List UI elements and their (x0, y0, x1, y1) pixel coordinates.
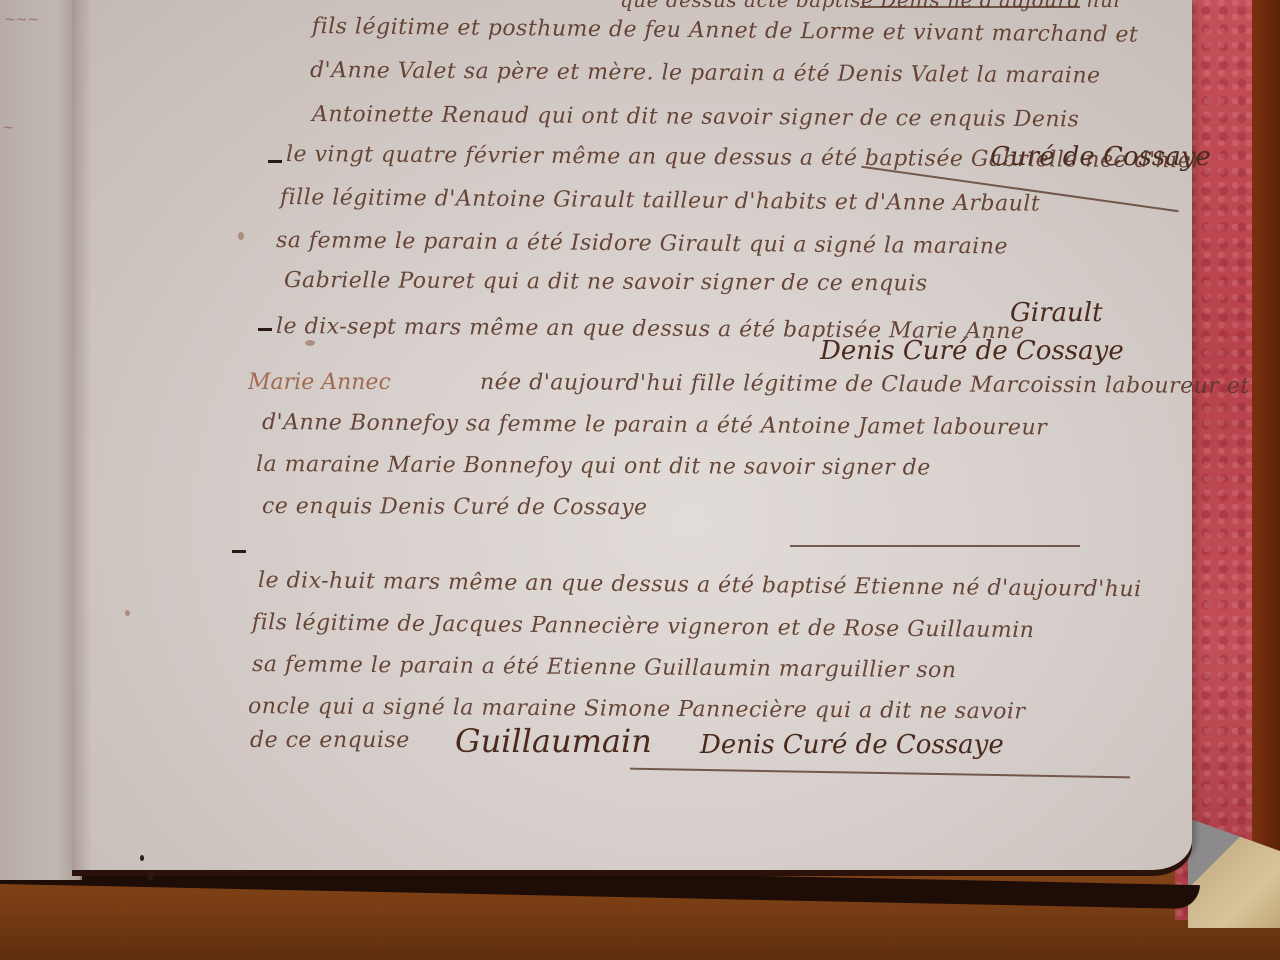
page-gutter (72, 0, 92, 870)
cover-edge (1252, 0, 1280, 920)
left-page-faint-text: ~~~ (4, 12, 39, 28)
register-page (72, 0, 1192, 870)
left-page-faint-text: ~ (2, 120, 14, 136)
left-page-edge: ~~~ ~ (0, 0, 82, 880)
